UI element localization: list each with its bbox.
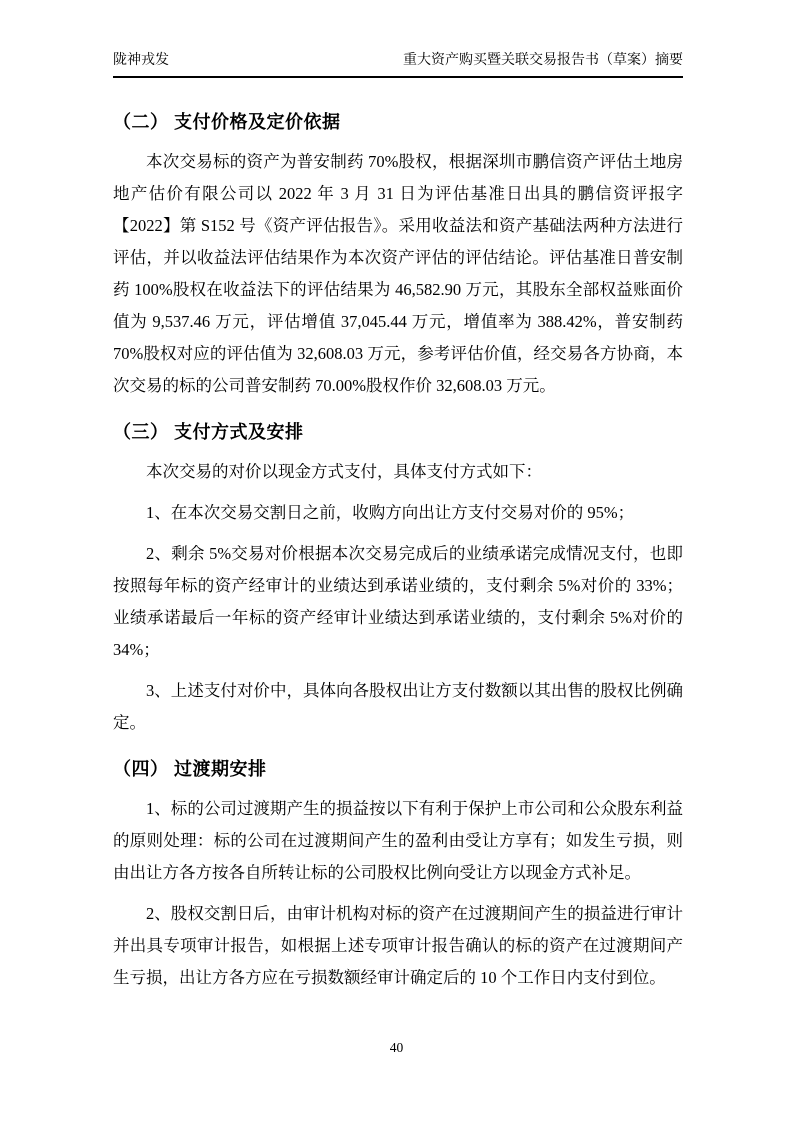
- paragraph-payment-item-2: 2、剩余 5%交易对价根据本次交易完成后的业绩承诺完成情况支付，也即按照每年标的…: [113, 538, 683, 666]
- paragraph-transition-item-1: 1、标的公司过渡期产生的损益按以下有利于保护上市公司和公众股东利益的原则处理：标…: [113, 793, 683, 889]
- section-heading-transition-period: （四） 过渡期安排: [113, 757, 683, 781]
- page-header: 陇神戎发 重大资产购买暨关联交易报告书（草案）摘要: [113, 52, 683, 78]
- header-company-name: 陇神戎发: [113, 52, 169, 69]
- header-report-title: 重大资产购买暨关联交易报告书（草案）摘要: [403, 52, 683, 69]
- document-content: （二） 支付价格及定价依据 本次交易标的资产为普安制药 70%股权，根据深圳市鹏…: [113, 98, 683, 1003]
- paragraph-valuation-details: 本次交易标的资产为普安制药 70%股权，根据深圳市鹏信资产评估土地房地产估价有限…: [113, 146, 683, 402]
- paragraph-transition-item-2: 2、股权交割日后，由审计机构对标的资产在过渡期间产生的损益进行审计并出具专项审计…: [113, 898, 683, 994]
- paragraph-payment-item-3: 3、上述支付对价中，具体向各股权出让方支付数额以其出售的股权比例确定。: [113, 675, 683, 739]
- section-heading-payment-price-basis: （二） 支付价格及定价依据: [113, 110, 683, 134]
- page-number: 40: [390, 1040, 404, 1055]
- document-page: 陇神戎发 重大资产购买暨关联交易报告书（草案）摘要 （二） 支付价格及定价依据 …: [0, 0, 793, 1122]
- page-footer: 40: [0, 1040, 793, 1056]
- section-heading-payment-method: （三） 支付方式及安排: [113, 420, 683, 444]
- paragraph-payment-intro: 本次交易的对价以现金方式支付，具体支付方式如下：: [113, 456, 683, 488]
- paragraph-payment-item-1: 1、在本次交易交割日之前，收购方向出让方支付交易对价的 95%；: [113, 497, 683, 529]
